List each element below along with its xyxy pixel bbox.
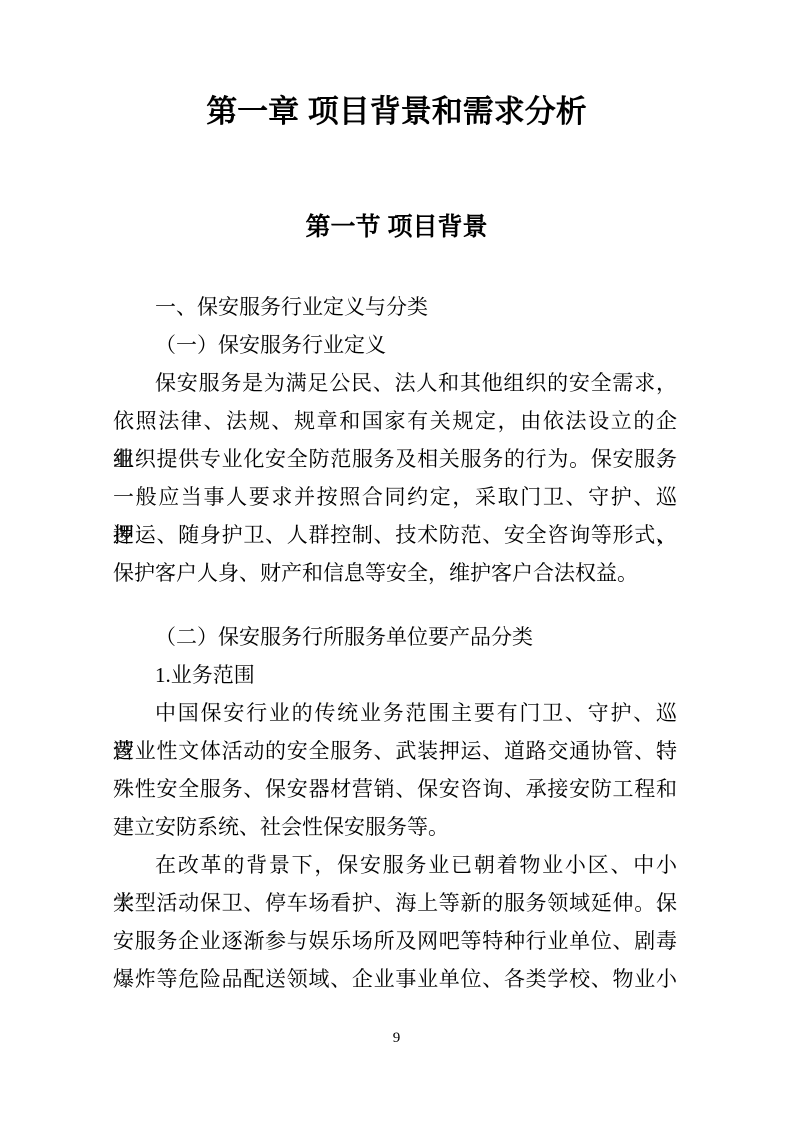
body-line: 殊性安全服务、保安器材营销、保安咨询、承接安防工程和 [113,770,677,808]
section-heading: 第一节 项目背景 [0,207,793,247]
body-line: 爆炸等危险品配送领域、企业事业单位、各类学校、物业小 [113,960,677,998]
body-line: 一般应当事人要求并按照合同约定，采取门卫、守护、巡逻、 [113,478,677,516]
document-page: 第一章 项目背景和需求分析 第一节 项目背景 一、保安服务行业定义与分类（一）保… [0,0,793,1122]
body-line: （一）保安服务行业定义 [113,326,677,364]
body-line: （二）保安服务行所服务单位要产品分类 [113,618,677,656]
body-line: 中国保安行业的传统业务范围主要有门卫、守护、巡逻、 [113,694,677,732]
chapter-heading: 第一章 项目背景和需求分析 [0,90,793,134]
body-line: 安服务企业逐渐参与娱乐场所及网吧等特种行业单位、剧毒 [113,922,677,960]
body-line: 组织提供专业化安全防范服务及相关服务的行为。保安服务 [113,440,677,478]
body-line: 在改革的背景下，保安服务业已朝着物业小区、中小学、 [113,846,677,884]
body-text: 一、保安服务行业定义与分类（一）保安服务行业定义保安服务是为满足公民、法人和其他… [113,288,677,998]
body-line: 一、保安服务行业定义与分类 [113,288,677,326]
body-line: 保护客户人身、财产和信息等安全，维护客户合法权益。 [113,554,677,592]
body-line: 营业性文体活动的安全服务、武装押运、道路交通协管、特 [113,732,677,770]
body-line: 大型活动保卫、停车场看护、海上等新的服务领域延伸。保 [113,884,677,922]
page-number: 9 [0,1028,793,1048]
body-line: 保安服务是为满足公民、法人和其他组织的安全需求， [113,364,677,402]
body-line: 1.业务范围 [113,656,677,694]
body-line: 依照法律、法规、规章和国家有关规定，由依法设立的企业、 [113,402,677,440]
body-line: 建立安防系统、社会性保安服务等。 [113,808,677,846]
body-line: 押运、随身护卫、人群控制、技术防范、安全咨询等形式， [113,516,677,554]
paragraph-spacer [113,592,677,618]
